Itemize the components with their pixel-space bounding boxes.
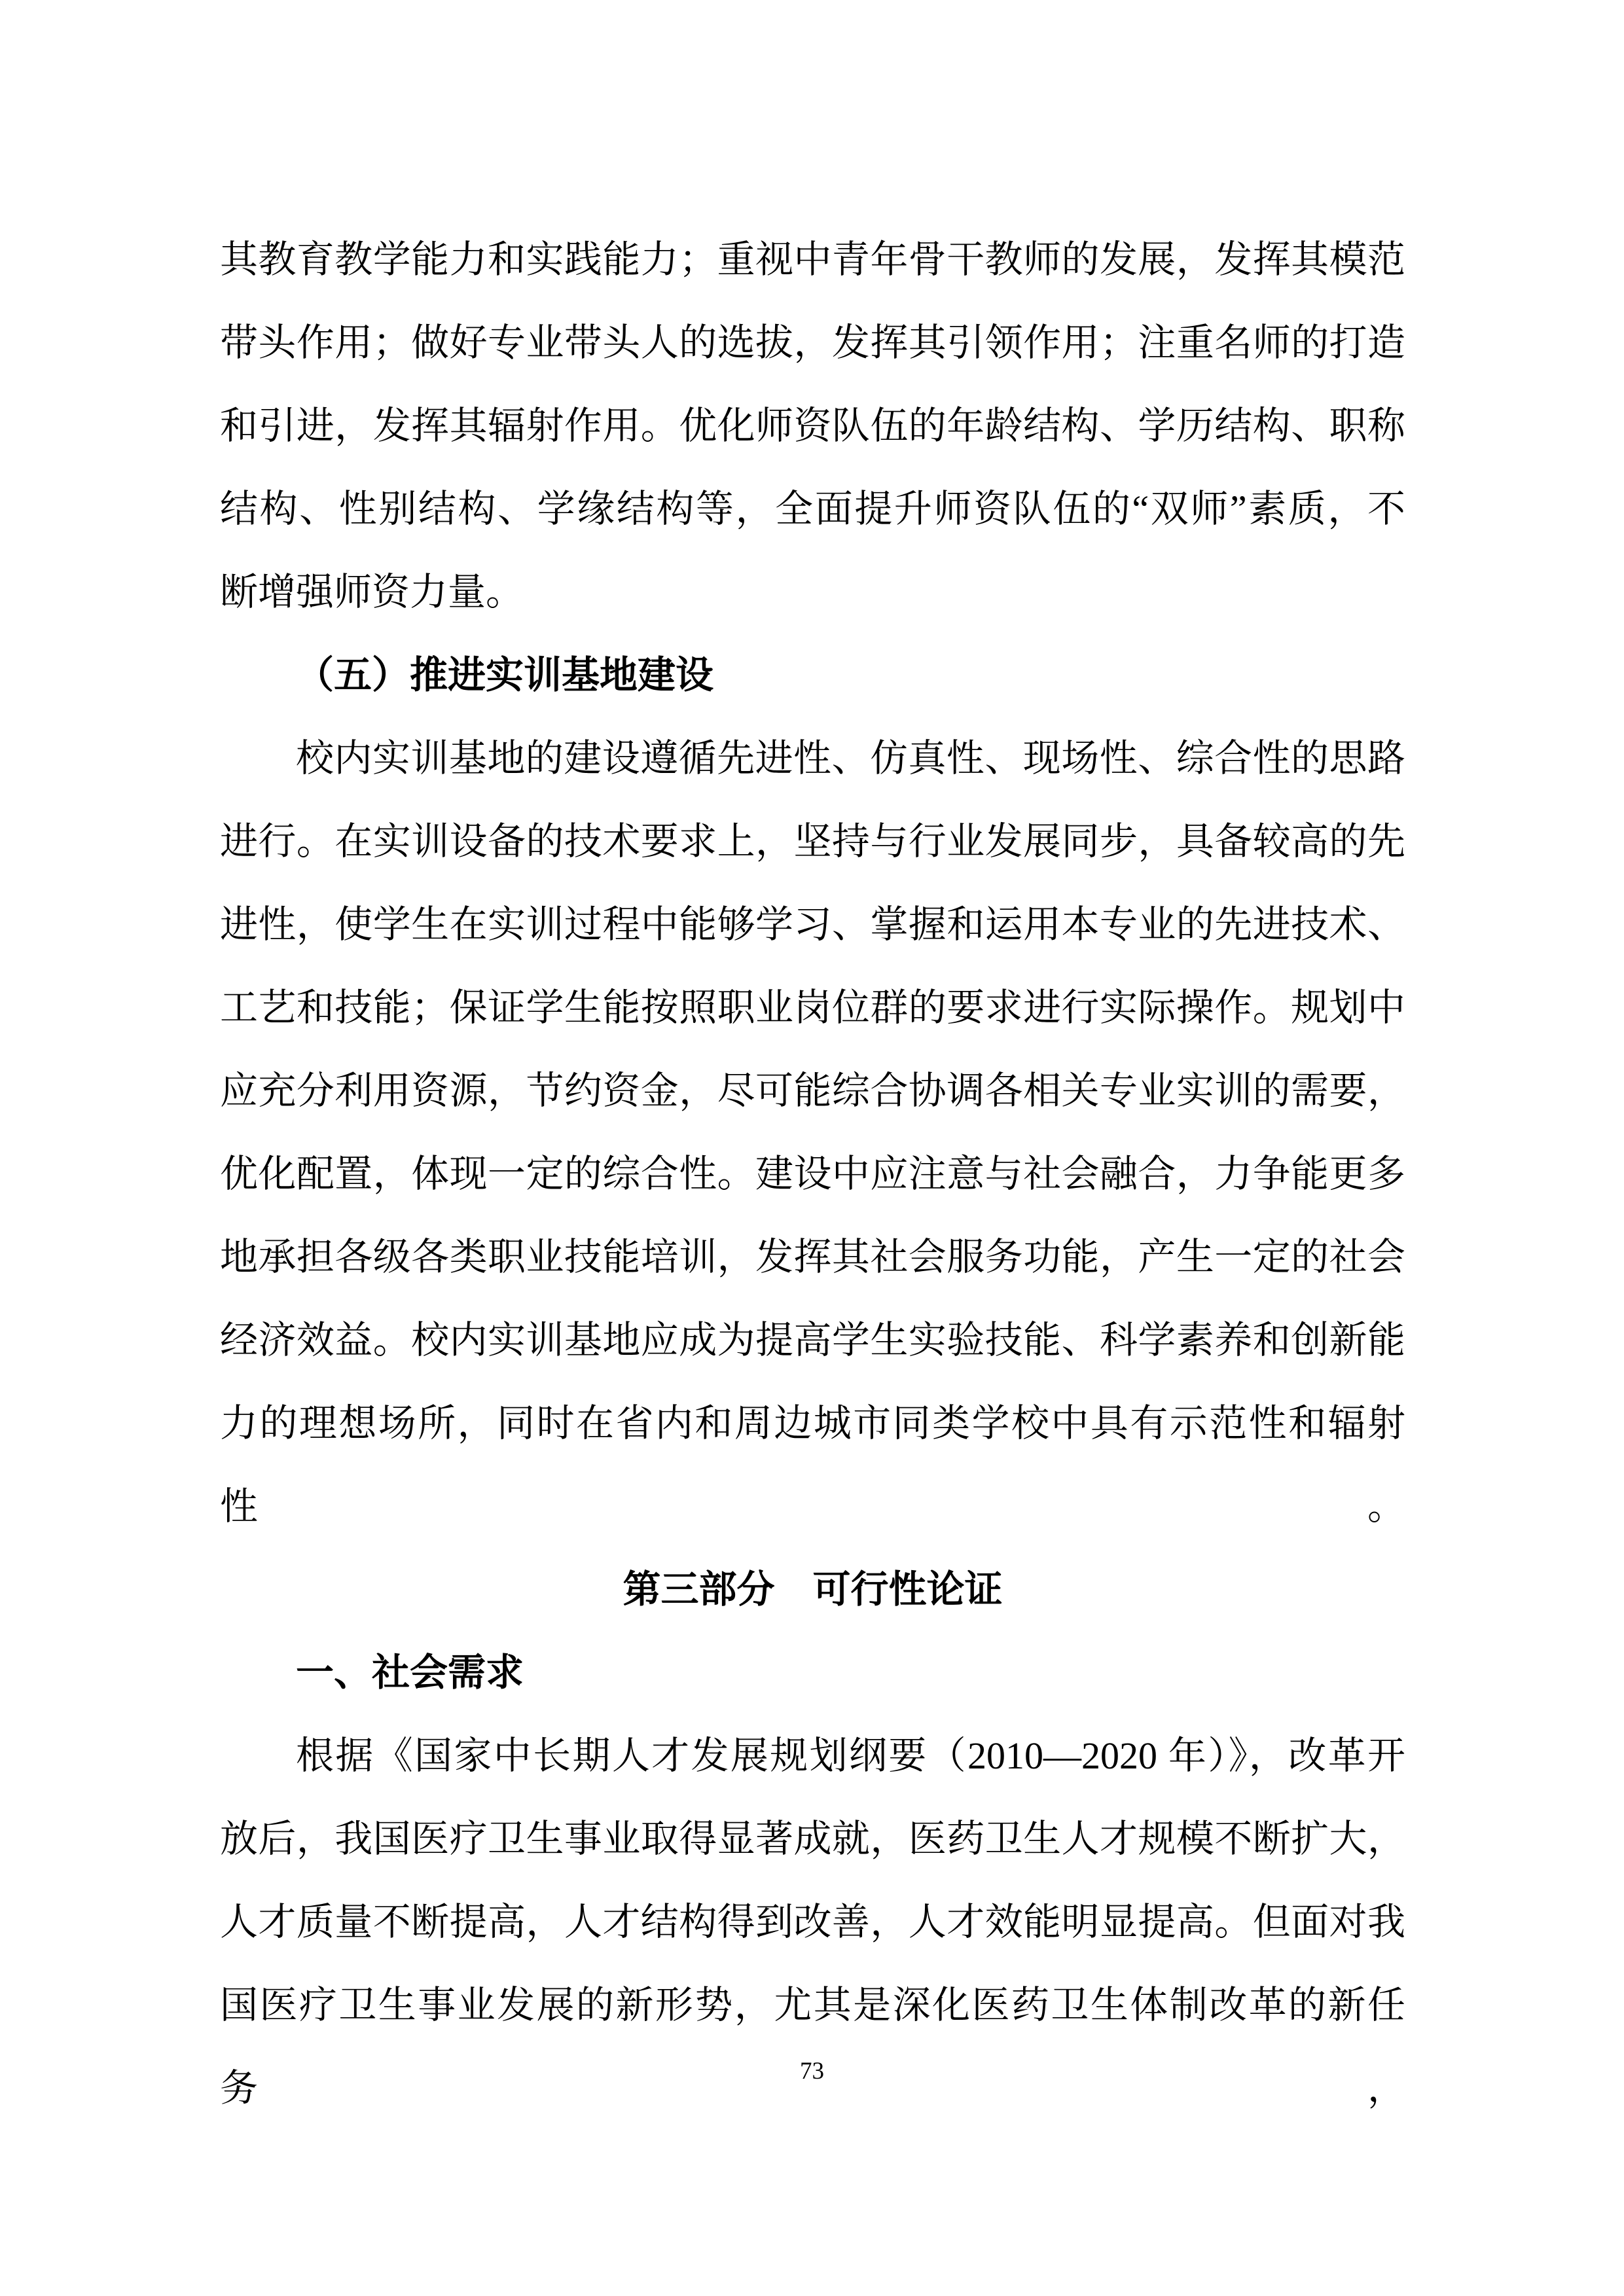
text-line: 人才质量不断提高，人才结构得到改善，人才效能明显提高。但面对我	[220, 1880, 1405, 1964]
text-line: 工艺和技能；保证学生能按照职业岗位群的要求进行实际操作。规划中	[220, 966, 1405, 1049]
text-line: 和引进，发挥其辐射作用。优化师资队伍的年龄结构、学历结构、职称	[220, 384, 1405, 467]
text-line: 放后，我国医疗卫生事业取得显著成就，医药卫生人才规模不断扩大，	[220, 1797, 1405, 1880]
text-line: 应充分利用资源，节约资金，尽可能综合协调各相关专业实训的需要，	[220, 1049, 1405, 1132]
document-page: 其教育教学能力和实践能力；重视中青年骨干教师的发展，发挥其模范 带头作用；做好专…	[0, 0, 1624, 2296]
page-number: 73	[0, 2055, 1624, 2088]
text-line: 其教育教学能力和实践能力；重视中青年骨干教师的发展，发挥其模范	[220, 218, 1405, 301]
heading-part-three: 第三部分 可行性论证	[220, 1548, 1405, 1631]
text-line: 带头作用；做好专业带头人的选拔，发挥其引领作用；注重名师的打造	[220, 301, 1405, 384]
heading-section-five: （五）推进实训基地建设	[220, 634, 1405, 717]
text-line: 根据《国家中长期人才发展规划纲要（2010—2020 年）》，改革开	[220, 1714, 1405, 1797]
paragraph-teacher-strength: 其教育教学能力和实践能力；重视中青年骨干教师的发展，发挥其模范 带头作用；做好专…	[220, 218, 1405, 634]
text-line: 经济效益。校内实训基地应成为提高学生实验技能、科学素养和创新能	[220, 1299, 1405, 1382]
text-line: 进行。在实训设备的技术要求上，坚持与行业发展同步，具备较高的先	[220, 800, 1405, 883]
text-line: 力的理想场所，同时在省内和周边城市同类学校中具有示范性和辐射性。	[220, 1382, 1405, 1548]
text-line: 国医疗卫生事业发展的新形势，尤其是深化医药卫生体制改革的新任务，	[220, 1964, 1405, 2130]
text-line: 结构、性别结构、学缘结构等，全面提升师资队伍的“双师”素质，不	[220, 467, 1405, 550]
page-content: 其教育教学能力和实践能力；重视中青年骨干教师的发展，发挥其模范 带头作用；做好专…	[220, 218, 1405, 2130]
text-line: 地承担各级各类职业技能培训，发挥其社会服务功能，产生一定的社会	[220, 1215, 1405, 1299]
paragraph-training-base: 校内实训基地的建设遵循先进性、仿真性、现场性、综合性的思路 进行。在实训设备的技…	[220, 717, 1405, 1548]
text-line: 进性，使学生在实训过程中能够学习、掌握和运用本专业的先进技术、	[220, 883, 1405, 966]
text-line: 优化配置，体现一定的综合性。建设中应注意与社会融合，力争能更多	[220, 1132, 1405, 1215]
text-line: 校内实训基地的建设遵循先进性、仿真性、现场性、综合性的思路	[220, 717, 1405, 800]
text-line: 断增强师资力量。	[220, 550, 1405, 634]
heading-social-demand: 一、社会需求	[220, 1631, 1405, 1714]
